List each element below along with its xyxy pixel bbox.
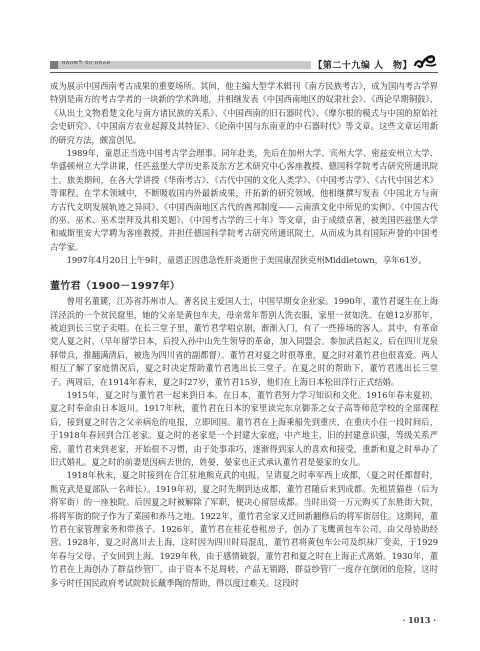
biography-heading: 董竹君（1900－1997年） xyxy=(50,280,438,293)
paragraph: 曾用名董篪，江苏省苏州市人。著名民主爱国人士，中国早期女企业家。1990年，董竹… xyxy=(50,295,438,389)
paragraph: 1989年，童恩正当选中国考古学会理事。同年赴美，先后在加州大学、宾州大学、密兹… xyxy=(50,147,438,254)
header-left-text: ዘለዐወዓ ሄዐ ዘለአዘ xyxy=(62,59,110,67)
header-rule xyxy=(50,72,438,73)
section-title: 【第二十九编 人 物】 xyxy=(311,58,414,71)
paragraph: 1918年秋末，夏之时接到在合江驻地熊克武的电报，呈请夏之时率军西上成都，（夏之… xyxy=(50,469,438,590)
swirl-ornament-icon xyxy=(412,50,438,70)
paragraph: 1997年4月20日上午9时，童恩正因患急性肝炎逝世于美国康涅狄克州Middle… xyxy=(50,254,438,267)
page-body: 成为展示中国西南考古成果的重要场所。其间，他主编大型学术辑刊《南方民族考古》，成… xyxy=(50,80,438,590)
paragraph: 成为展示中国西南考古成果的重要场所。其间，他主编大型学术辑刊《南方民族考古》，成… xyxy=(50,80,438,147)
header-square-marker xyxy=(50,61,58,69)
running-header: ዘለዐወዓ ሄዐ ዘለአዘ 【第二十九编 人 物】 xyxy=(50,58,438,72)
page-number: · 1013 · xyxy=(403,615,436,625)
paragraph: 1915年，夏之时与董竹君一起来到日本。在日本，董竹君努力学习知识和文化。191… xyxy=(50,389,438,469)
